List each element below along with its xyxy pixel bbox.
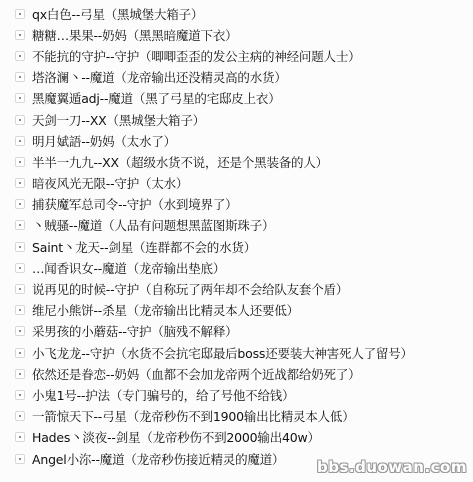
bullet-icon [15, 30, 25, 40]
list-item-text: 暗夜风光无限--守护（太水） [32, 174, 188, 192]
list-item-text: 黑魔翼遁adj--魔道（黑了弓星的宅邸皮上衣） [32, 89, 281, 107]
list-item-text: 依然还是眷恋--奶妈（血都不会加龙帝两个近战都给奶死了） [32, 365, 360, 383]
list-item-text: 一箭惊天下--弓星（龙帝秒伤不到1900输出比精灵本人低） [32, 407, 355, 425]
watermark: bbs.duowan.com [317, 458, 467, 476]
list-item: 小鬼1号--护法（专门骗号的，给了号他不给钱） [0, 384, 473, 405]
list-item: 不能抗的守护--守护（唧唧歪歪的发公主病的神经问题人士） [0, 45, 473, 66]
list-item: Saint丶龙天--剑星（连群都不会的水货） [0, 236, 473, 257]
list-item-text: 丶贼骚--魔道（人品有问题想黑蓝图斯珠子） [32, 216, 274, 234]
list-item-text: qx白色--弓星（黑城堡大箱子） [32, 5, 203, 23]
list-item-text: 说再见的时候--守护（自称玩了两年却不会给队友套个盾） [32, 280, 348, 298]
list-item: 暗夜风光无限--守护（太水） [0, 173, 473, 194]
bullet-icon [15, 432, 25, 442]
list-item-text: 天剑一刀--XX（黑城堡大箱子） [32, 111, 205, 129]
bullet-icon [15, 93, 25, 103]
list-item-text: 半半一九九--XX（超级水货不说，还是个黑装备的人） [32, 153, 328, 171]
list-item-text: 明月娬語--奶妈（太水了） [32, 132, 176, 150]
list-item-text: 维尼小熊饼--杀星（龙帝输出比精灵本人还要低） [32, 301, 299, 319]
bullet-icon [15, 242, 25, 252]
list-item-text: Angel小沵--魔道（龙帝秒伤接近精灵的魔道） [32, 450, 284, 468]
bullet-icon [15, 454, 25, 464]
list-item-text: 糖糖…果果--奶妈（黑黑暗魔道下衣） [32, 26, 237, 44]
player-list: qx白色--弓星（黑城堡大箱子） 糖糖…果果--奶妈（黑黑暗魔道下衣） 不能抗的… [0, 3, 473, 469]
bullet-icon [15, 348, 25, 358]
bullet-icon [15, 9, 25, 19]
list-item-text: 采男孩的小蘑菇--守护（脑残不解释） [32, 322, 237, 340]
list-item: 一箭惊天下--弓星（龙帝秒伤不到1900输出比精灵本人低） [0, 406, 473, 427]
list-item: 半半一九九--XX（超级水货不说，还是个黑装备的人） [0, 151, 473, 172]
list-item: 依然还是眷恋--奶妈（血都不会加龙帝两个近战都给奶死了） [0, 363, 473, 384]
bullet-icon [15, 72, 25, 82]
bullet-icon [15, 136, 25, 146]
list-item: …闻香识女--魔道（龙帝输出垫底） [0, 257, 473, 278]
bullet-icon [15, 369, 25, 379]
bullet-icon [15, 199, 25, 209]
list-item: 天剑一刀--XX（黑城堡大箱子） [0, 109, 473, 130]
list-item-text: 塔洛澜丶--魔道（龙帝输出还没精灵高的水货） [32, 68, 287, 86]
list-item-text: 不能抗的守护--守护（唧唧歪歪的发公主病的神经问题人士） [32, 47, 360, 65]
bullet-icon [15, 284, 25, 294]
list-item-text: 小鬼1号--护法（专门骗号的，给了号他不给钱） [32, 386, 294, 404]
list-item: 说再见的时候--守护（自称玩了两年却不会给队友套个盾） [0, 278, 473, 299]
bullet-icon [15, 305, 25, 315]
list-item-text: 小飞龙龙--守护（水货不会抗宅邸最后boss还要装大神害死人了留号） [32, 344, 413, 362]
list-item-text: Hades丶淡夜--剑星（龙帝秒伤不到2000输出40w） [32, 428, 320, 446]
bullet-icon [15, 326, 25, 336]
bullet-icon [15, 411, 25, 421]
bullet-icon [15, 178, 25, 188]
bullet-icon [15, 115, 25, 125]
list-item: 塔洛澜丶--魔道（龙帝输出还没精灵高的水货） [0, 67, 473, 88]
bullet-icon [15, 390, 25, 400]
list-item: 黑魔翼遁adj--魔道（黑了弓星的宅邸皮上衣） [0, 88, 473, 109]
list-item: 采男孩的小蘑菇--守护（脑残不解释） [0, 321, 473, 342]
list-item: 明月娬語--奶妈（太水了） [0, 130, 473, 151]
list-item-text: 捕获魔军总司令--守护（水到境界了） [32, 195, 237, 213]
list-item-text: Saint丶龙天--剑星（连群都不会的水货） [32, 238, 256, 256]
list-item: 捕获魔军总司令--守护（水到境界了） [0, 194, 473, 215]
bullet-icon [15, 51, 25, 61]
list-item: Hades丶淡夜--剑星（龙帝秒伤不到2000输出40w） [0, 427, 473, 448]
bullet-icon [15, 157, 25, 167]
list-item: qx白色--弓星（黑城堡大箱子） [0, 3, 473, 24]
list-item: 维尼小熊饼--杀星（龙帝输出比精灵本人还要低） [0, 300, 473, 321]
list-item: 糖糖…果果--奶妈（黑黑暗魔道下衣） [0, 24, 473, 45]
list-item-text: …闻香识女--魔道（龙帝输出垫底） [32, 259, 225, 277]
bullet-icon [15, 263, 25, 273]
list-item: 小飞龙龙--守护（水货不会抗宅邸最后boss还要装大神害死人了留号） [0, 342, 473, 363]
bullet-icon [15, 220, 25, 230]
list-item: 丶贼骚--魔道（人品有问题想黑蓝图斯珠子） [0, 215, 473, 236]
